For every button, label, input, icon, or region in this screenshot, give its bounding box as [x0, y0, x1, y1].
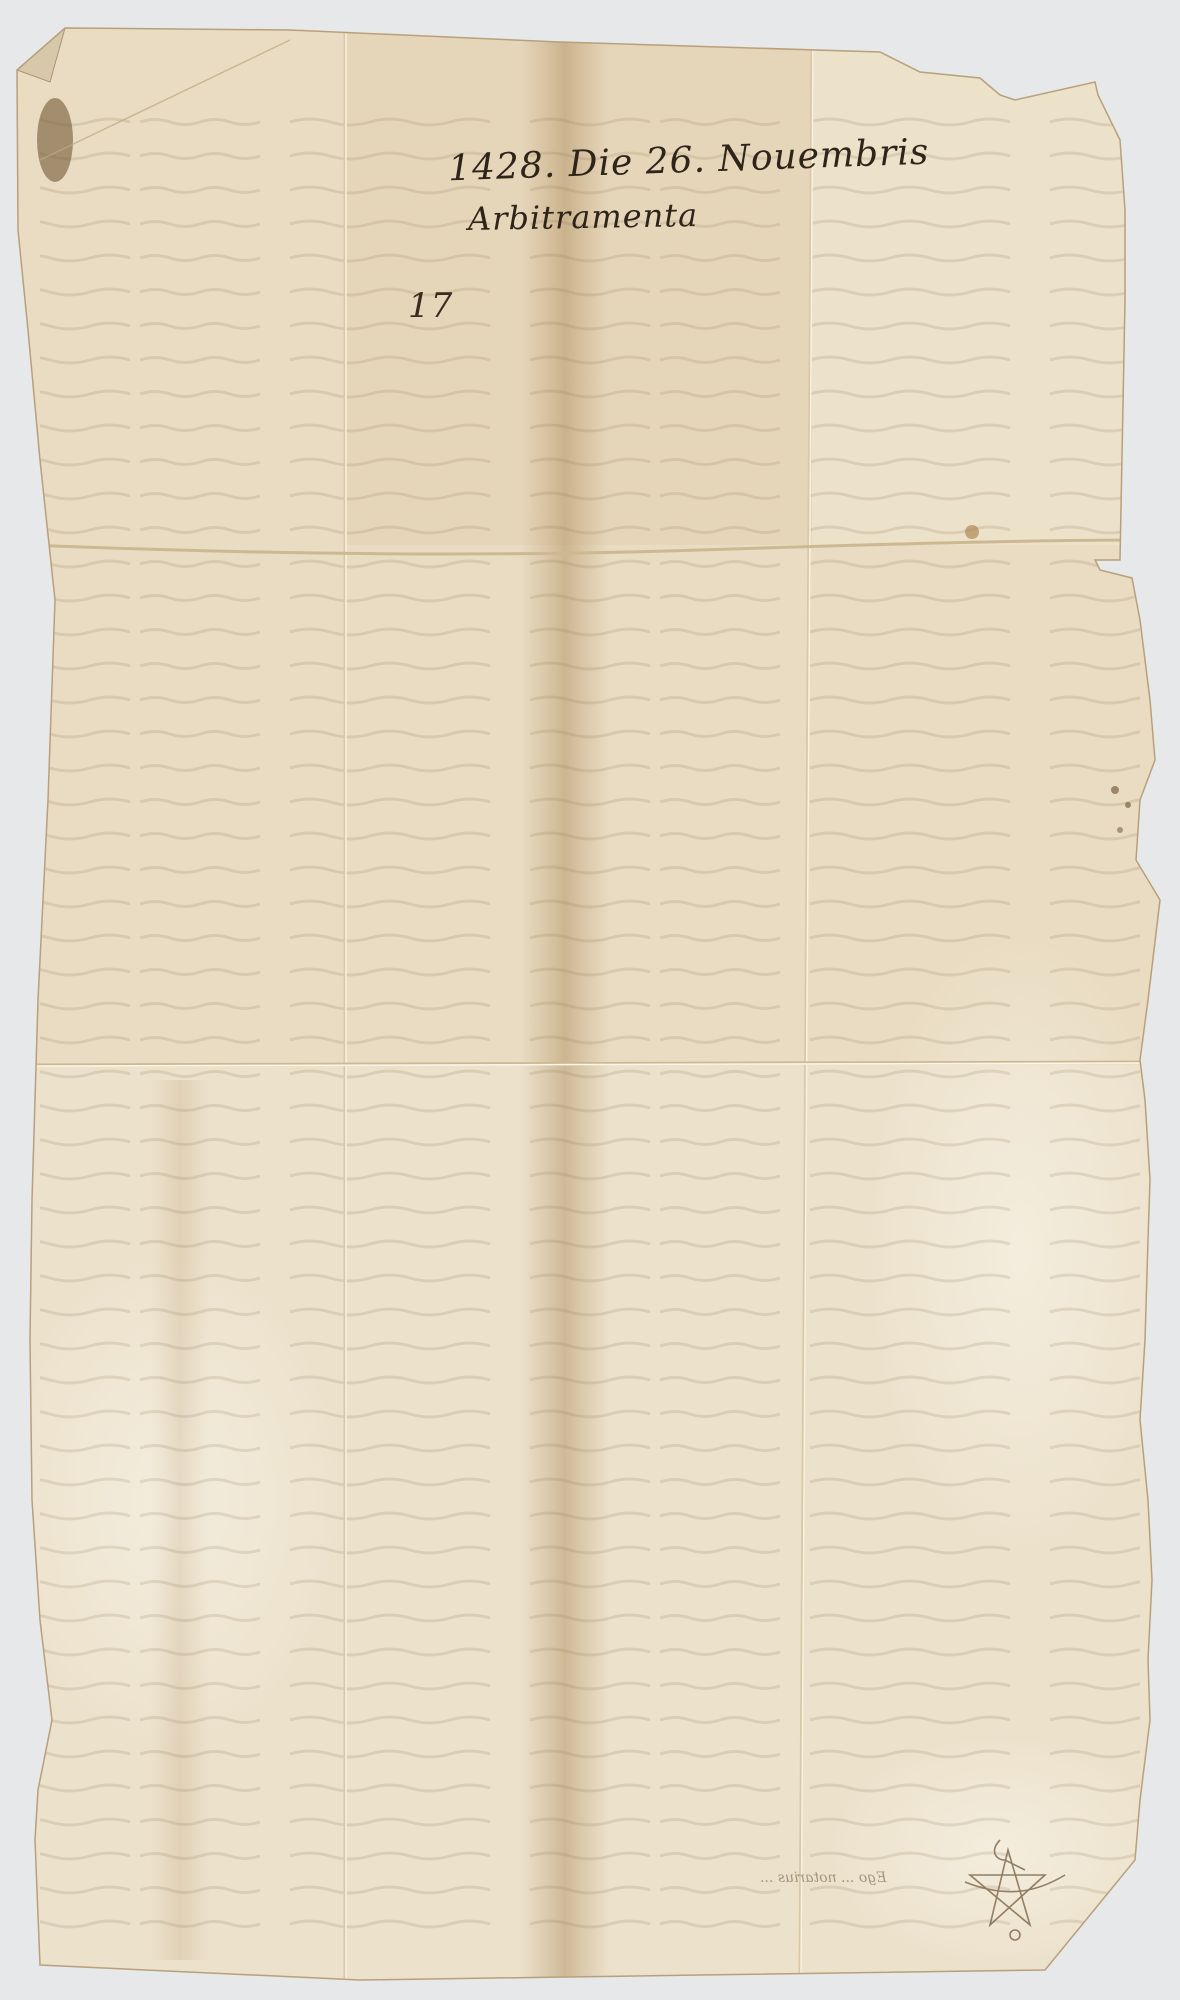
document-scene: 1428. Die 26. Nouembris Arbitramenta 17 … [0, 0, 1180, 2000]
notary-signum-star-icon [950, 1830, 1070, 1950]
folio-number: 17 [408, 286, 453, 326]
parchment-sheet [0, 0, 1180, 2000]
notary-subscription: Ego ... notarius ... [760, 1870, 886, 1886]
title-annotation: Arbitramenta [468, 196, 699, 238]
